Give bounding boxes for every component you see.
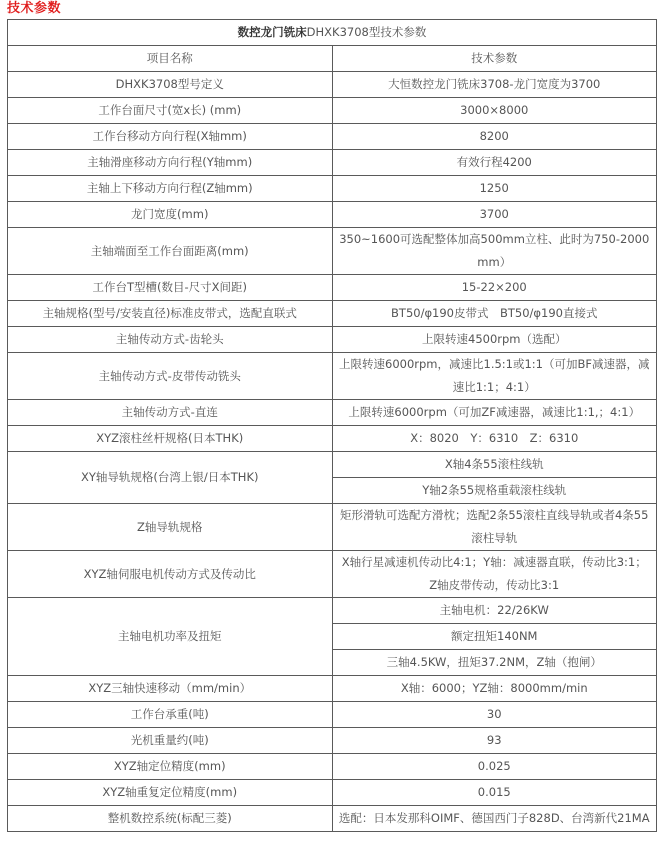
row-value: 主轴电机：22/26KW [332, 598, 657, 624]
row-name: 工作台T型槽(数目-尺寸X间距) [8, 275, 333, 301]
row-value: 93 [332, 728, 657, 754]
table-caption-rest: DHXK3708型技术参数 [307, 25, 427, 39]
table-row: 主轴端面至工作台面距离(mm) 350~1600可选配整体加高500mm立柱、此… [8, 228, 657, 275]
row-name: 主轴规格(型号/安装直径)标准皮带式，选配直联式 [8, 301, 333, 327]
table-row: 工作台T型槽(数目-尺寸X间距) 15-22×200 [8, 275, 657, 301]
row-name: XYZ轴定位精度(mm) [8, 754, 333, 780]
table-row: 光机重量约(吨) 93 [8, 728, 657, 754]
table-row: XY轴导轨规格(台湾上银/日本THK) X轴4条55滚柱线轨 [8, 452, 657, 478]
table-row: 工作台面尺寸(宽x长) (mm) 3000×8000 [8, 98, 657, 124]
row-value: 上限转速4500rpm（选配） [332, 327, 657, 353]
table-row: 工作台承重(吨) 30 [8, 702, 657, 728]
table-row: 主轴传动方式-皮带传动铣头 上限转速6000rpm，减速比1.5:1或1:1（可… [8, 353, 657, 400]
table-row: 主轴上下移动方向行程(Z轴mm) 1250 [8, 176, 657, 202]
table-row: 工作台移动方向行程(X轴mm) 8200 [8, 124, 657, 150]
row-value: BT50/φ190皮带式 BT50/φ190直接式 [332, 301, 657, 327]
row-value: 矩形滑轨可选配方滑枕；选配2条55滚柱直线导轨或者4条55滚柱导轨 [332, 504, 657, 551]
row-name: DHXK3708型号定义 [8, 72, 333, 98]
table-row: 主轴传动方式-直连 上限转速6000rpm（可加ZF减速器，减速比1:1,；4:… [8, 400, 657, 426]
row-name: 工作台面尺寸(宽x长) (mm) [8, 98, 333, 124]
row-value: 8200 [332, 124, 657, 150]
row-value: X轴行星减速机传动比4:1；Y轴：减速器直联，传动比3:1；Z轴皮带传动，传动比… [332, 551, 657, 598]
table-row: 主轴规格(型号/安装直径)标准皮带式，选配直联式 BT50/φ190皮带式 BT… [8, 301, 657, 327]
section-title: 技术参数 [7, 1, 61, 17]
row-name: 主轴传动方式-皮带传动铣头 [8, 353, 333, 400]
table-caption-row: 数控龙门铣床DHXK3708型技术参数 [8, 20, 657, 46]
row-name: XYZ滚柱丝杆规格(日本THK) [8, 426, 333, 452]
row-value: 选配：日本发那科OIMF、德国西门子828D、台湾新代21MA [332, 806, 657, 832]
table-row: XYZ滚柱丝杆规格(日本THK) X：8020 Y：6310 Z：6310 [8, 426, 657, 452]
table-row: XYZ轴定位精度(mm) 0.025 [8, 754, 657, 780]
table-row: XYZ轴重复定位精度(mm) 0.015 [8, 780, 657, 806]
row-value: 3700 [332, 202, 657, 228]
row-value: 0.015 [332, 780, 657, 806]
row-value: 有效行程4200 [332, 150, 657, 176]
row-value: X轴：6000；YZ轴：8000mm/min [332, 676, 657, 702]
row-name: 主轴电机功率及扭矩 [8, 598, 333, 676]
table-row: Z轴导轨规格 矩形滑轨可选配方滑枕；选配2条55滚柱直线导轨或者4条55滚柱导轨 [8, 504, 657, 551]
row-value: 额定扭矩140NM [332, 624, 657, 650]
table-row: 主轴电机功率及扭矩 主轴电机：22/26KW [8, 598, 657, 624]
spec-table: 数控龙门铣床DHXK3708型技术参数 项目名称 技术参数 DHXK3708型号… [7, 19, 657, 832]
table-row: 主轴滑座移动方向行程(Y轴mm) 有效行程4200 [8, 150, 657, 176]
table-row: DHXK3708型号定义 大恒数控龙门铣床3708-龙门宽度为3700 [8, 72, 657, 98]
row-value: 3000×8000 [332, 98, 657, 124]
header-name: 项目名称 [8, 46, 333, 72]
row-name: 整机数控系统(标配三菱) [8, 806, 333, 832]
table-row: 整机数控系统(标配三菱) 选配：日本发那科OIMF、德国西门子828D、台湾新代… [8, 806, 657, 832]
row-name: 主轴传动方式-直连 [8, 400, 333, 426]
row-name: XYZ轴伺服电机传动方式及传动比 [8, 551, 333, 598]
row-name: Z轴导轨规格 [8, 504, 333, 551]
row-value: 350~1600可选配整体加高500mm立柱、此时为750-2000mm） [332, 228, 657, 275]
table-header-row: 项目名称 技术参数 [8, 46, 657, 72]
header-value: 技术参数 [332, 46, 657, 72]
row-value: 上限转速6000rpm（可加ZF减速器，减速比1:1,；4:1） [332, 400, 657, 426]
row-value: 1250 [332, 176, 657, 202]
row-value: 大恒数控龙门铣床3708-龙门宽度为3700 [332, 72, 657, 98]
row-value: X轴4条55滚柱线轨 [332, 452, 657, 478]
row-name: 光机重量约(吨) [8, 728, 333, 754]
row-value: 上限转速6000rpm，减速比1.5:1或1:1（可加BF减速器，减速比1:1；… [332, 353, 657, 400]
row-name: 主轴上下移动方向行程(Z轴mm) [8, 176, 333, 202]
row-name: XYZ轴重复定位精度(mm) [8, 780, 333, 806]
table-row: XYZ三轴快速移动（mm/min） X轴：6000；YZ轴：8000mm/min [8, 676, 657, 702]
row-name: 主轴滑座移动方向行程(Y轴mm) [8, 150, 333, 176]
table-row: XYZ轴伺服电机传动方式及传动比 X轴行星减速机传动比4:1；Y轴：减速器直联，… [8, 551, 657, 598]
table-row: 主轴传动方式-齿轮头 上限转速4500rpm（选配） [8, 327, 657, 353]
row-value: 30 [332, 702, 657, 728]
row-name: 工作台承重(吨) [8, 702, 333, 728]
row-name: XY轴导轨规格(台湾上银/日本THK) [8, 452, 333, 504]
row-name: 龙门宽度(mm) [8, 202, 333, 228]
row-name: 主轴端面至工作台面距离(mm) [8, 228, 333, 275]
row-name: XYZ三轴快速移动（mm/min） [8, 676, 333, 702]
row-value: X：8020 Y：6310 Z：6310 [332, 426, 657, 452]
row-name: 工作台移动方向行程(X轴mm) [8, 124, 333, 150]
row-name: 主轴传动方式-齿轮头 [8, 327, 333, 353]
row-value: Y轴2条55规格重载滚柱线轨 [332, 478, 657, 504]
row-value: 0.025 [332, 754, 657, 780]
table-row: 龙门宽度(mm) 3700 [8, 202, 657, 228]
table-caption-bold: 数控龙门铣床 [238, 25, 307, 39]
row-value: 三轴4.5KW，扭矩37.2NM，Z轴（抱闸） [332, 650, 657, 676]
table-caption: 数控龙门铣床DHXK3708型技术参数 [8, 20, 657, 46]
row-value: 15-22×200 [332, 275, 657, 301]
